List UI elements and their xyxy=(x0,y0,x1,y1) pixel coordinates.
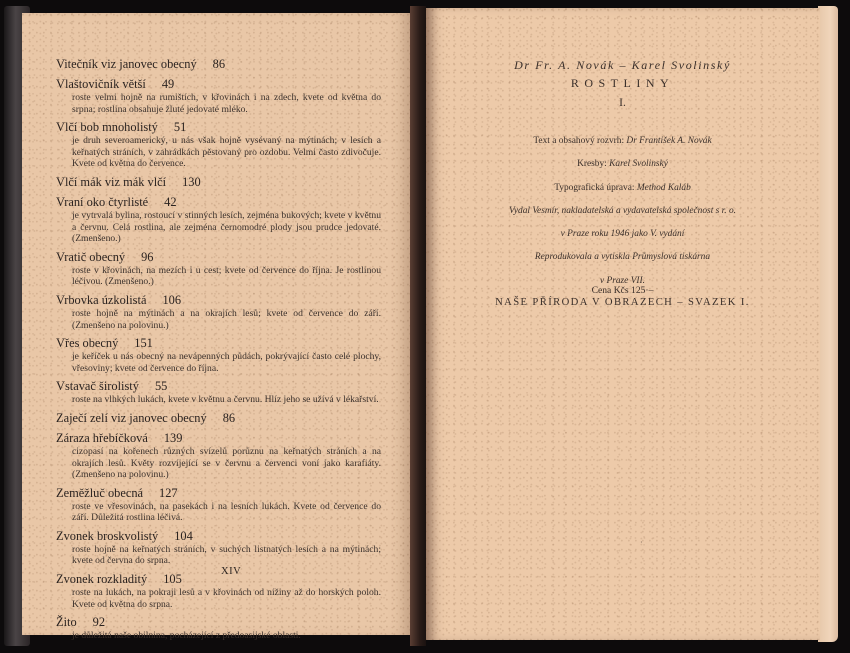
plant-name: Vlčí mák viz mák vlčí xyxy=(56,175,166,189)
entry-description: roste v křovinách, na mezích i u cest; k… xyxy=(56,265,381,288)
entry-description: roste na vlhkých lukách, kvete v květnu … xyxy=(56,394,381,406)
index-entry: Vstavač širolistý55 roste na vlhkých luk… xyxy=(56,379,381,406)
plate-number: 127 xyxy=(159,486,178,500)
credit-label: Text a obsahový rozvrh: xyxy=(533,136,626,146)
plant-name: Žito xyxy=(56,615,77,629)
entry-description: roste na lukách, na pokraji lesů a v křo… xyxy=(56,587,381,610)
plant-name: Zvonek rozkladitý xyxy=(56,572,147,586)
plate-number: 92 xyxy=(93,615,105,629)
plate-number: 106 xyxy=(162,293,181,307)
plant-name: Vlaštovičník větší xyxy=(56,77,146,91)
plate-number: 105 xyxy=(163,572,182,586)
entry-description: je vytrvalá bylina, rostoucí v stinných … xyxy=(56,210,381,245)
index-entry: Zvonek rozkladitý105 roste na lukách, na… xyxy=(56,572,381,610)
plant-name: Vrbovka úzkolistá xyxy=(56,293,146,307)
entry-description: roste velmi hojně na rumištích, v křovin… xyxy=(56,92,381,115)
plant-name: Zeměžluč obecná xyxy=(56,486,143,500)
credit-value: Dr František A. Novák xyxy=(626,136,711,146)
credit-value: Vydal Vesmír, nakladatelská a vydavatels… xyxy=(509,206,736,216)
plant-name: Vřes obecný xyxy=(56,336,118,350)
plate-number: 51 xyxy=(174,120,186,134)
entry-description: roste ve vřesovinách, na pasekách i na l… xyxy=(56,501,381,524)
entry-description: cizopasí na kořenech různých svízelů por… xyxy=(56,446,381,481)
plate-number: 139 xyxy=(164,431,183,445)
credit-line: Vydal Vesmír, nakladatelská a vydavatels… xyxy=(425,200,820,223)
book-title: ROSTLINY xyxy=(425,76,820,91)
volume-number: I. xyxy=(425,97,820,109)
plant-name: Vitečník viz janovec obecný xyxy=(56,57,197,71)
series-title: NAŠE PŘÍRODA V OBRAZECH – SVAZEK I. xyxy=(425,297,820,308)
plant-name: Vratič obecný xyxy=(56,250,125,264)
index-entry: Záraza hřebíčková139 cizopasí na kořenec… xyxy=(56,431,381,481)
index-entry: Vlčí mák viz mák vlčí130 xyxy=(56,175,381,190)
paper-mark: · xyxy=(640,538,643,547)
index-entry: Vitečník viz janovec obecný86 xyxy=(56,57,381,72)
entry-heading: Žito92 xyxy=(56,615,381,630)
page-edge-stack xyxy=(818,6,838,642)
credit-value: v Praze roku 1946 jako V. vydání xyxy=(561,229,685,239)
book-gutter xyxy=(410,6,426,646)
entry-heading: Zaječí zelí viz janovec obecný86 xyxy=(56,411,381,426)
page-number: XIV xyxy=(221,566,241,577)
credit-line: Kresby: Karel Svolinský xyxy=(425,153,820,176)
entry-heading: Vstavač širolistý55 xyxy=(56,379,381,394)
index-entry: Zaječí zelí viz janovec obecný86 xyxy=(56,411,381,426)
entry-heading: Vlčí bob mnoholistý51 xyxy=(56,120,381,135)
credit-line: v Praze roku 1946 jako V. vydání xyxy=(425,223,820,246)
credit-line: Typografická úprava: Method Kaláb xyxy=(425,177,820,200)
index-entry: Vlaštovičník větší49 roste velmi hojně n… xyxy=(56,77,381,115)
credit-label: Typografická úprava: xyxy=(554,183,637,193)
plant-name: Zvonek broskvolistý xyxy=(56,529,158,543)
authors: Dr Fr. A. Novák – Karel Svolinský xyxy=(425,58,820,73)
entry-description: roste hojně na mýtinách a na okrajích le… xyxy=(56,308,381,331)
credit-label: Kresby: xyxy=(577,159,609,169)
entry-heading: Vrbovka úzkolistá106 xyxy=(56,293,381,308)
index-entry: Vratič obecný96 roste v křovinách, na me… xyxy=(56,250,381,288)
entry-description: roste hojně na keřnatých stráních, v suc… xyxy=(56,544,381,567)
plate-number: 55 xyxy=(155,379,167,393)
plant-name: Záraza hřebíčková xyxy=(56,431,148,445)
plate-number: 130 xyxy=(182,175,201,189)
plant-index: Vitečník viz janovec obecný86 Vlaštovičn… xyxy=(56,57,381,642)
credits: Text a obsahový rozvrh: Dr František A. … xyxy=(425,130,820,293)
credit-value: Karel Svolinský xyxy=(609,159,668,169)
credit-value: Method Kaláb xyxy=(637,183,691,193)
plate-number: 86 xyxy=(223,411,235,425)
entry-heading: Vratič obecný96 xyxy=(56,250,381,265)
price: Cena Kčs 125·– xyxy=(425,285,820,296)
plant-name: Vstavač širolistý xyxy=(56,379,139,393)
plant-name: Vraní oko čtyrlisté xyxy=(56,195,148,209)
entry-description: je důležitá naše obilnina, pocházející z… xyxy=(56,630,381,642)
index-entry: Vrbovka úzkolistá106 roste hojně na mýti… xyxy=(56,293,381,331)
index-entry: Zvonek broskvolistý104 roste hojně na ke… xyxy=(56,529,381,567)
entry-heading: Vlčí mák viz mák vlčí130 xyxy=(56,175,381,190)
entry-heading: Vřes obecný151 xyxy=(56,336,381,351)
plate-number: 49 xyxy=(162,77,174,91)
index-entry: Vraní oko čtyrlisté42 je vytrvalá bylina… xyxy=(56,195,381,245)
plant-name: Zaječí zelí viz janovec obecný xyxy=(56,411,207,425)
credit-line: Text a obsahový rozvrh: Dr František A. … xyxy=(425,130,820,153)
index-entry: Vlčí bob mnoholistý51 je druh severoamer… xyxy=(56,120,381,170)
plant-name: Vlčí bob mnoholistý xyxy=(56,120,158,134)
index-entry: Žito92 je důležitá naše obilnina, pocház… xyxy=(56,615,381,642)
entry-heading: Zvonek rozkladitý105 xyxy=(56,572,381,587)
entry-heading: Vlaštovičník větší49 xyxy=(56,77,381,92)
credit-value: Reprodukovala a vytiskla Průmyslová tisk… xyxy=(535,252,710,262)
entry-heading: Vitečník viz janovec obecný86 xyxy=(56,57,381,72)
plate-number: 104 xyxy=(174,529,193,543)
entry-heading: Záraza hřebíčková139 xyxy=(56,431,381,446)
plate-number: 96 xyxy=(141,250,153,264)
entry-description: je keříček u nás obecný na nevápenných p… xyxy=(56,351,381,374)
entry-heading: Zvonek broskvolistý104 xyxy=(56,529,381,544)
entry-heading: Zeměžluč obecná127 xyxy=(56,486,381,501)
entry-description: je druh severoamerický, u nás však hojně… xyxy=(56,135,381,170)
plate-number: 86 xyxy=(213,57,225,71)
plate-number: 151 xyxy=(134,336,153,350)
index-entry: Zeměžluč obecná127 roste ve vřesovinách,… xyxy=(56,486,381,524)
entry-heading: Vraní oko čtyrlisté42 xyxy=(56,195,381,210)
index-entry: Vřes obecný151 je keříček u nás obecný n… xyxy=(56,336,381,374)
credit-line: Reprodukovala a vytiskla Průmyslová tisk… xyxy=(425,246,820,269)
plate-number: 42 xyxy=(164,195,176,209)
